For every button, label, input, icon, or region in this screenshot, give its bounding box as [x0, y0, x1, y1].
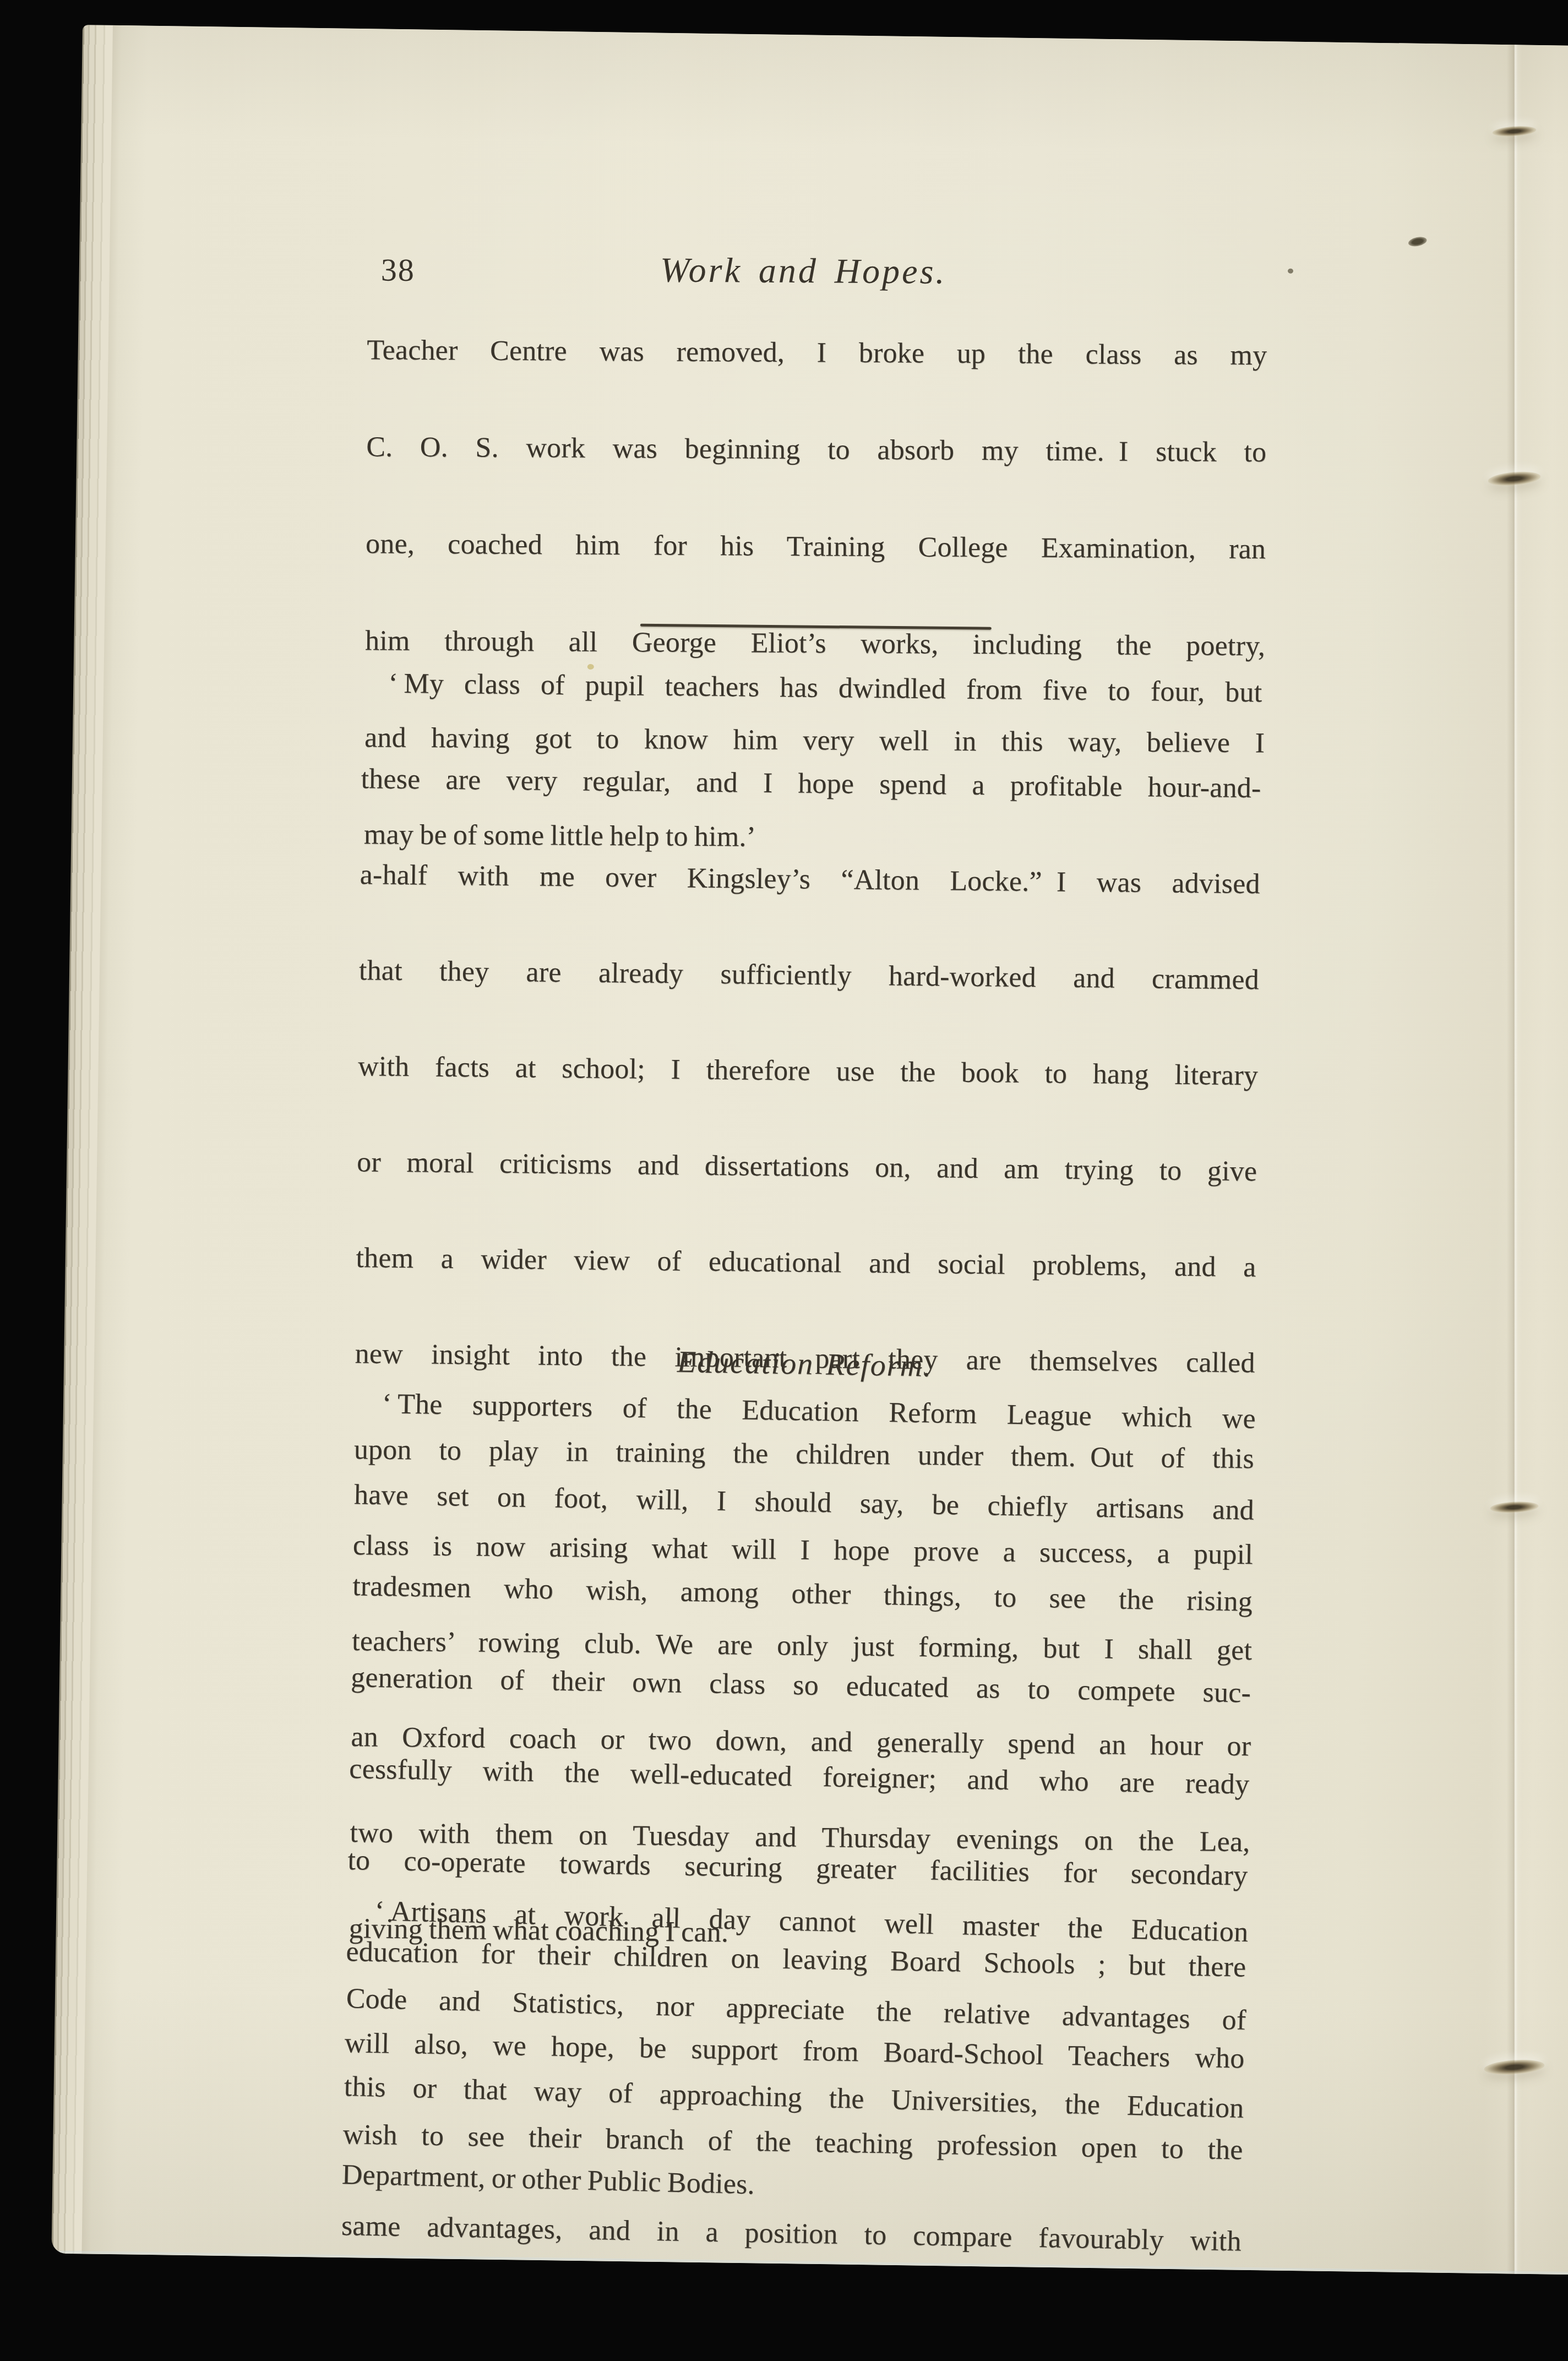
page-sheet: 38 Work and Hopes. Teacher Centre was re…	[81, 25, 1568, 2275]
text-line: ‘ The supporters of the Education Reform…	[355, 1380, 1256, 1488]
ink-speck	[1408, 236, 1428, 248]
stitch-hole-4	[1484, 2058, 1545, 2077]
text-line: C. O. S. work was beginning to absorb my…	[366, 423, 1266, 525]
text-line: these are very regular, and I hope spend…	[360, 755, 1261, 860]
text-line: cessfully with the well-educated foreign…	[348, 1746, 1250, 1853]
book-page: 38 Work and Hopes. Teacher Centre was re…	[51, 25, 1568, 2275]
foxing-spot	[587, 664, 594, 670]
running-title: Work and Hopes.	[370, 248, 1237, 294]
paragraph-4: ‘ Artisans at work all day cannot well m…	[341, 1889, 1249, 2219]
text-line: one, coached him for his Training Colleg…	[365, 520, 1266, 622]
text-line: ‘ My class of pupil teachers has dwindle…	[361, 659, 1262, 764]
page-header: 38 Work and Hopes.	[370, 248, 1270, 297]
text-line: tradesmen who wish, among other things, …	[351, 1563, 1253, 1671]
text-line: generation of their own class so educate…	[350, 1655, 1251, 1762]
binding-crease	[1506, 39, 1522, 2275]
ink-speck	[1288, 269, 1293, 274]
text-line: them a wider view of educational and soc…	[355, 1234, 1256, 1339]
text-line: or moral criticisms and dissertations on…	[356, 1138, 1257, 1243]
text-line: Teacher Centre was removed, I broke up t…	[367, 326, 1267, 428]
stitch-hole-2	[1488, 470, 1542, 487]
text-line: with facts at school; I therefore use th…	[357, 1042, 1259, 1147]
text-line: a-half with me over Kingsley’s “Alton Lo…	[359, 851, 1260, 956]
text-line: that they are already sufficiently hard-…	[358, 946, 1260, 1052]
stitch-hole-1	[1492, 125, 1537, 138]
stitch-hole-3	[1490, 1500, 1539, 1514]
text-line: have set on foot, will, I should say, be…	[353, 1472, 1255, 1579]
photo-background: { "page": { "number": "38", "running_tit…	[0, 0, 1568, 2361]
